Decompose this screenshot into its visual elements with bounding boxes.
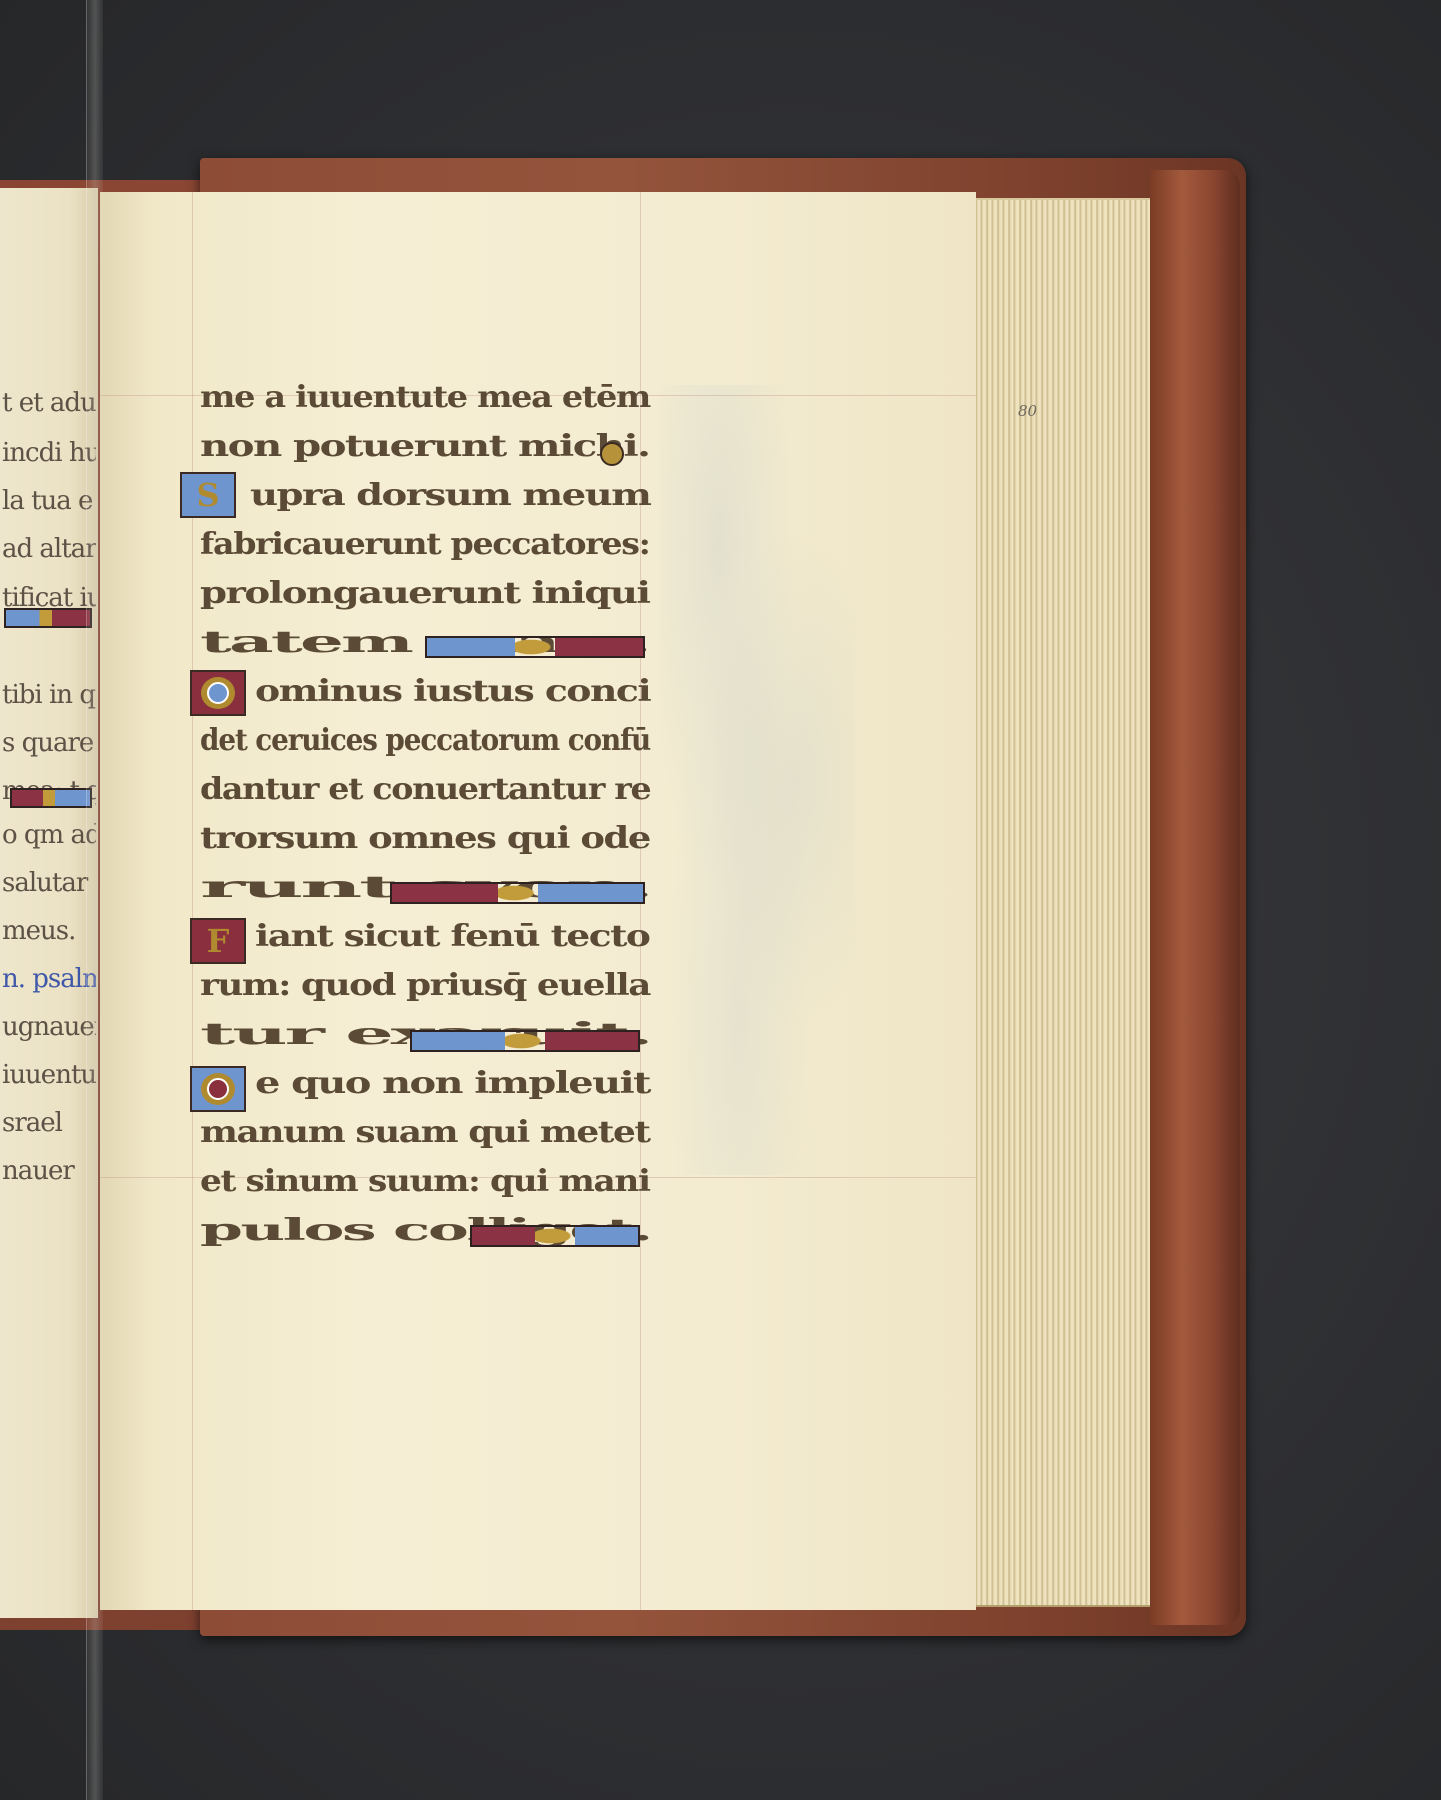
illuminated-initial-d xyxy=(190,1066,246,1112)
text-line: ominus iustus conci xyxy=(255,674,650,720)
illuminated-initial-f: F xyxy=(190,918,246,964)
line-filler-ornament xyxy=(410,1030,640,1052)
illuminated-initial-d xyxy=(190,670,246,716)
text-line: manum suam qui metet xyxy=(200,1115,650,1161)
line-filler-ornament xyxy=(425,636,645,658)
text-line: fabricauerunt peccatores: xyxy=(200,527,650,573)
left-page-line: srael xyxy=(2,1108,96,1138)
line-filler-ornament xyxy=(10,788,92,808)
text-line: e quo non impleuit xyxy=(255,1066,650,1112)
illuminated-initial-s: S xyxy=(180,472,236,518)
text-line: prolongauerunt iniqui xyxy=(200,576,650,622)
text-line: non potuerunt michi. xyxy=(200,429,649,475)
left-page-line: la tua e xyxy=(2,486,96,516)
line-filler-ornament xyxy=(390,882,645,904)
left-page-rubric: n. psalm xyxy=(2,964,96,994)
text-line: trorsum omnes qui ode xyxy=(200,821,650,867)
left-page-line: iuuentute xyxy=(2,1060,96,1090)
text-line: dantur et conuertantur re xyxy=(200,772,650,818)
ruling-line xyxy=(192,192,193,1610)
text-line: iant sicut fenū tecto xyxy=(255,919,649,965)
left-page-line: tibi in q xyxy=(2,680,96,710)
line-filler-ornament xyxy=(4,608,92,628)
folio-number: 80 xyxy=(1018,402,1037,420)
left-page-line: s quare t xyxy=(2,728,96,758)
left-page-line: incdi hum xyxy=(2,438,96,468)
left-page-line: o qm adh xyxy=(2,820,96,850)
glass-plate-edge xyxy=(86,0,103,1800)
text-line: me a iuuentute mea etēm xyxy=(200,380,650,426)
line-filler-ornament xyxy=(470,1225,640,1247)
left-page-line: t et aduerū xyxy=(2,388,96,418)
left-page: t et aduerū incdi hum la tua e ad altar … xyxy=(0,188,98,1618)
text-line: det ceruices peccatorum confū xyxy=(200,723,650,769)
left-page-line: salutar xyxy=(2,868,96,898)
left-page-line: ad altar xyxy=(2,534,96,564)
binding-fore-edge xyxy=(1150,170,1240,1625)
miniature-show-through xyxy=(660,385,855,1175)
page-edges xyxy=(972,198,1150,1607)
gold-dot-ornament xyxy=(600,442,624,466)
text-line: upra dorsum meum xyxy=(250,478,650,524)
text-line: et sinum suum: qui mani xyxy=(200,1164,650,1210)
left-page-line: nauer xyxy=(2,1156,96,1186)
text-line: rum: quod priusq̄ euella xyxy=(200,968,650,1014)
left-page-line: meus. xyxy=(2,916,96,946)
left-page-line: ugnauer xyxy=(2,1012,96,1042)
